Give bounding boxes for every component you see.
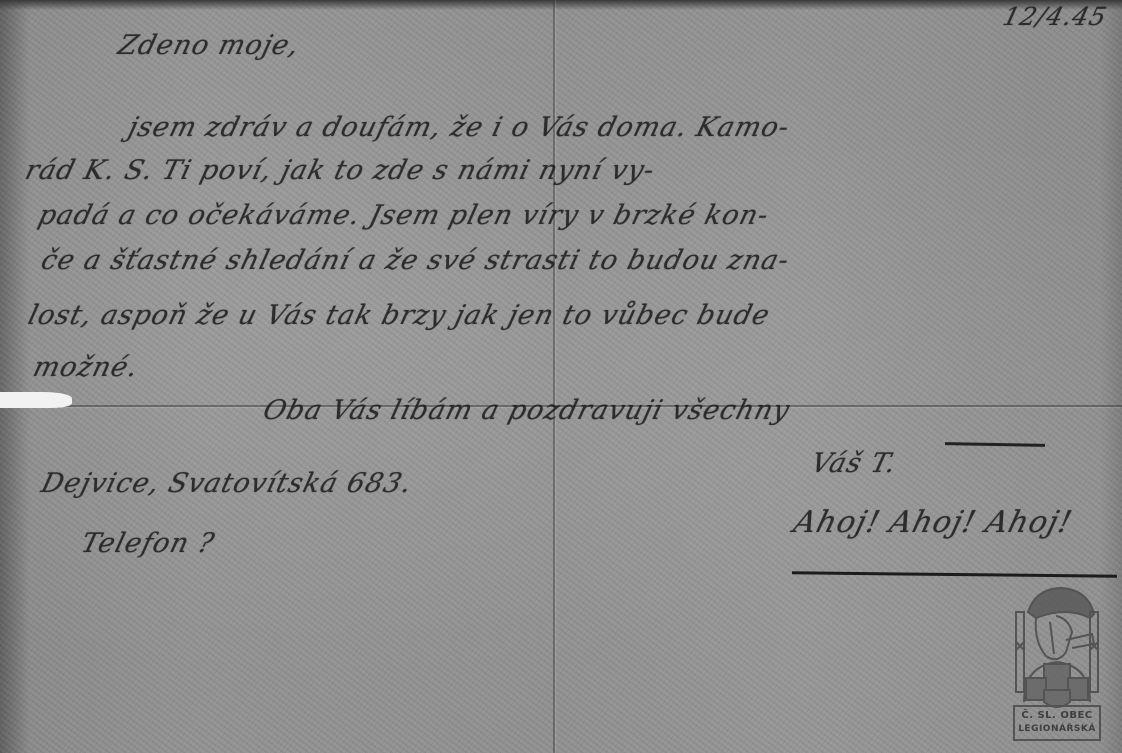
- farewell: Ahoj! Ahoj! Ahoj!: [790, 505, 1076, 540]
- legion-watermark: Č. SL. OBEC LEGIONÁŘSKÁ: [1006, 582, 1108, 748]
- phone-line: Telefon ?: [78, 528, 218, 559]
- body-line-4: če a šťastné shledání a že své strasti t…: [38, 245, 793, 276]
- body-line-6: možné.: [30, 352, 142, 383]
- body-line-5: lost, aspoň že u Vás tak brzy jak jen to…: [25, 300, 773, 331]
- letter-paper: 12/4.45 Zdeno moje, jsem zdráv a doufám,…: [0, 0, 1122, 753]
- paper-top-edge: [0, 0, 1122, 10]
- body-line-1: jsem zdráv a doufám, že i o Vás doma. Ka…: [125, 112, 793, 143]
- salutation: Zdeno moje,: [115, 30, 303, 61]
- body-line-2: rád K. S. Ti poví, jak to zde s námi nyn…: [22, 155, 658, 186]
- body-line-3: padá a co očekáváme. Jsem plen víry v br…: [35, 200, 772, 231]
- watermark-line-1: Č. SL. OBEC: [1006, 710, 1108, 721]
- signature-stroke: [945, 442, 1045, 447]
- signature: Váš T.: [808, 448, 900, 479]
- farewell-underline: [792, 571, 1117, 577]
- paper-tear: [0, 392, 72, 408]
- address-line: Dejvice, Svatovítská 683.: [38, 468, 416, 499]
- letter-date: 12/4.45: [1000, 2, 1110, 31]
- watermark-line-2: LEGIONÁŘSKÁ: [1006, 724, 1108, 734]
- closing-line: Oba Vás líbám a pozdravuji všechny: [260, 395, 793, 426]
